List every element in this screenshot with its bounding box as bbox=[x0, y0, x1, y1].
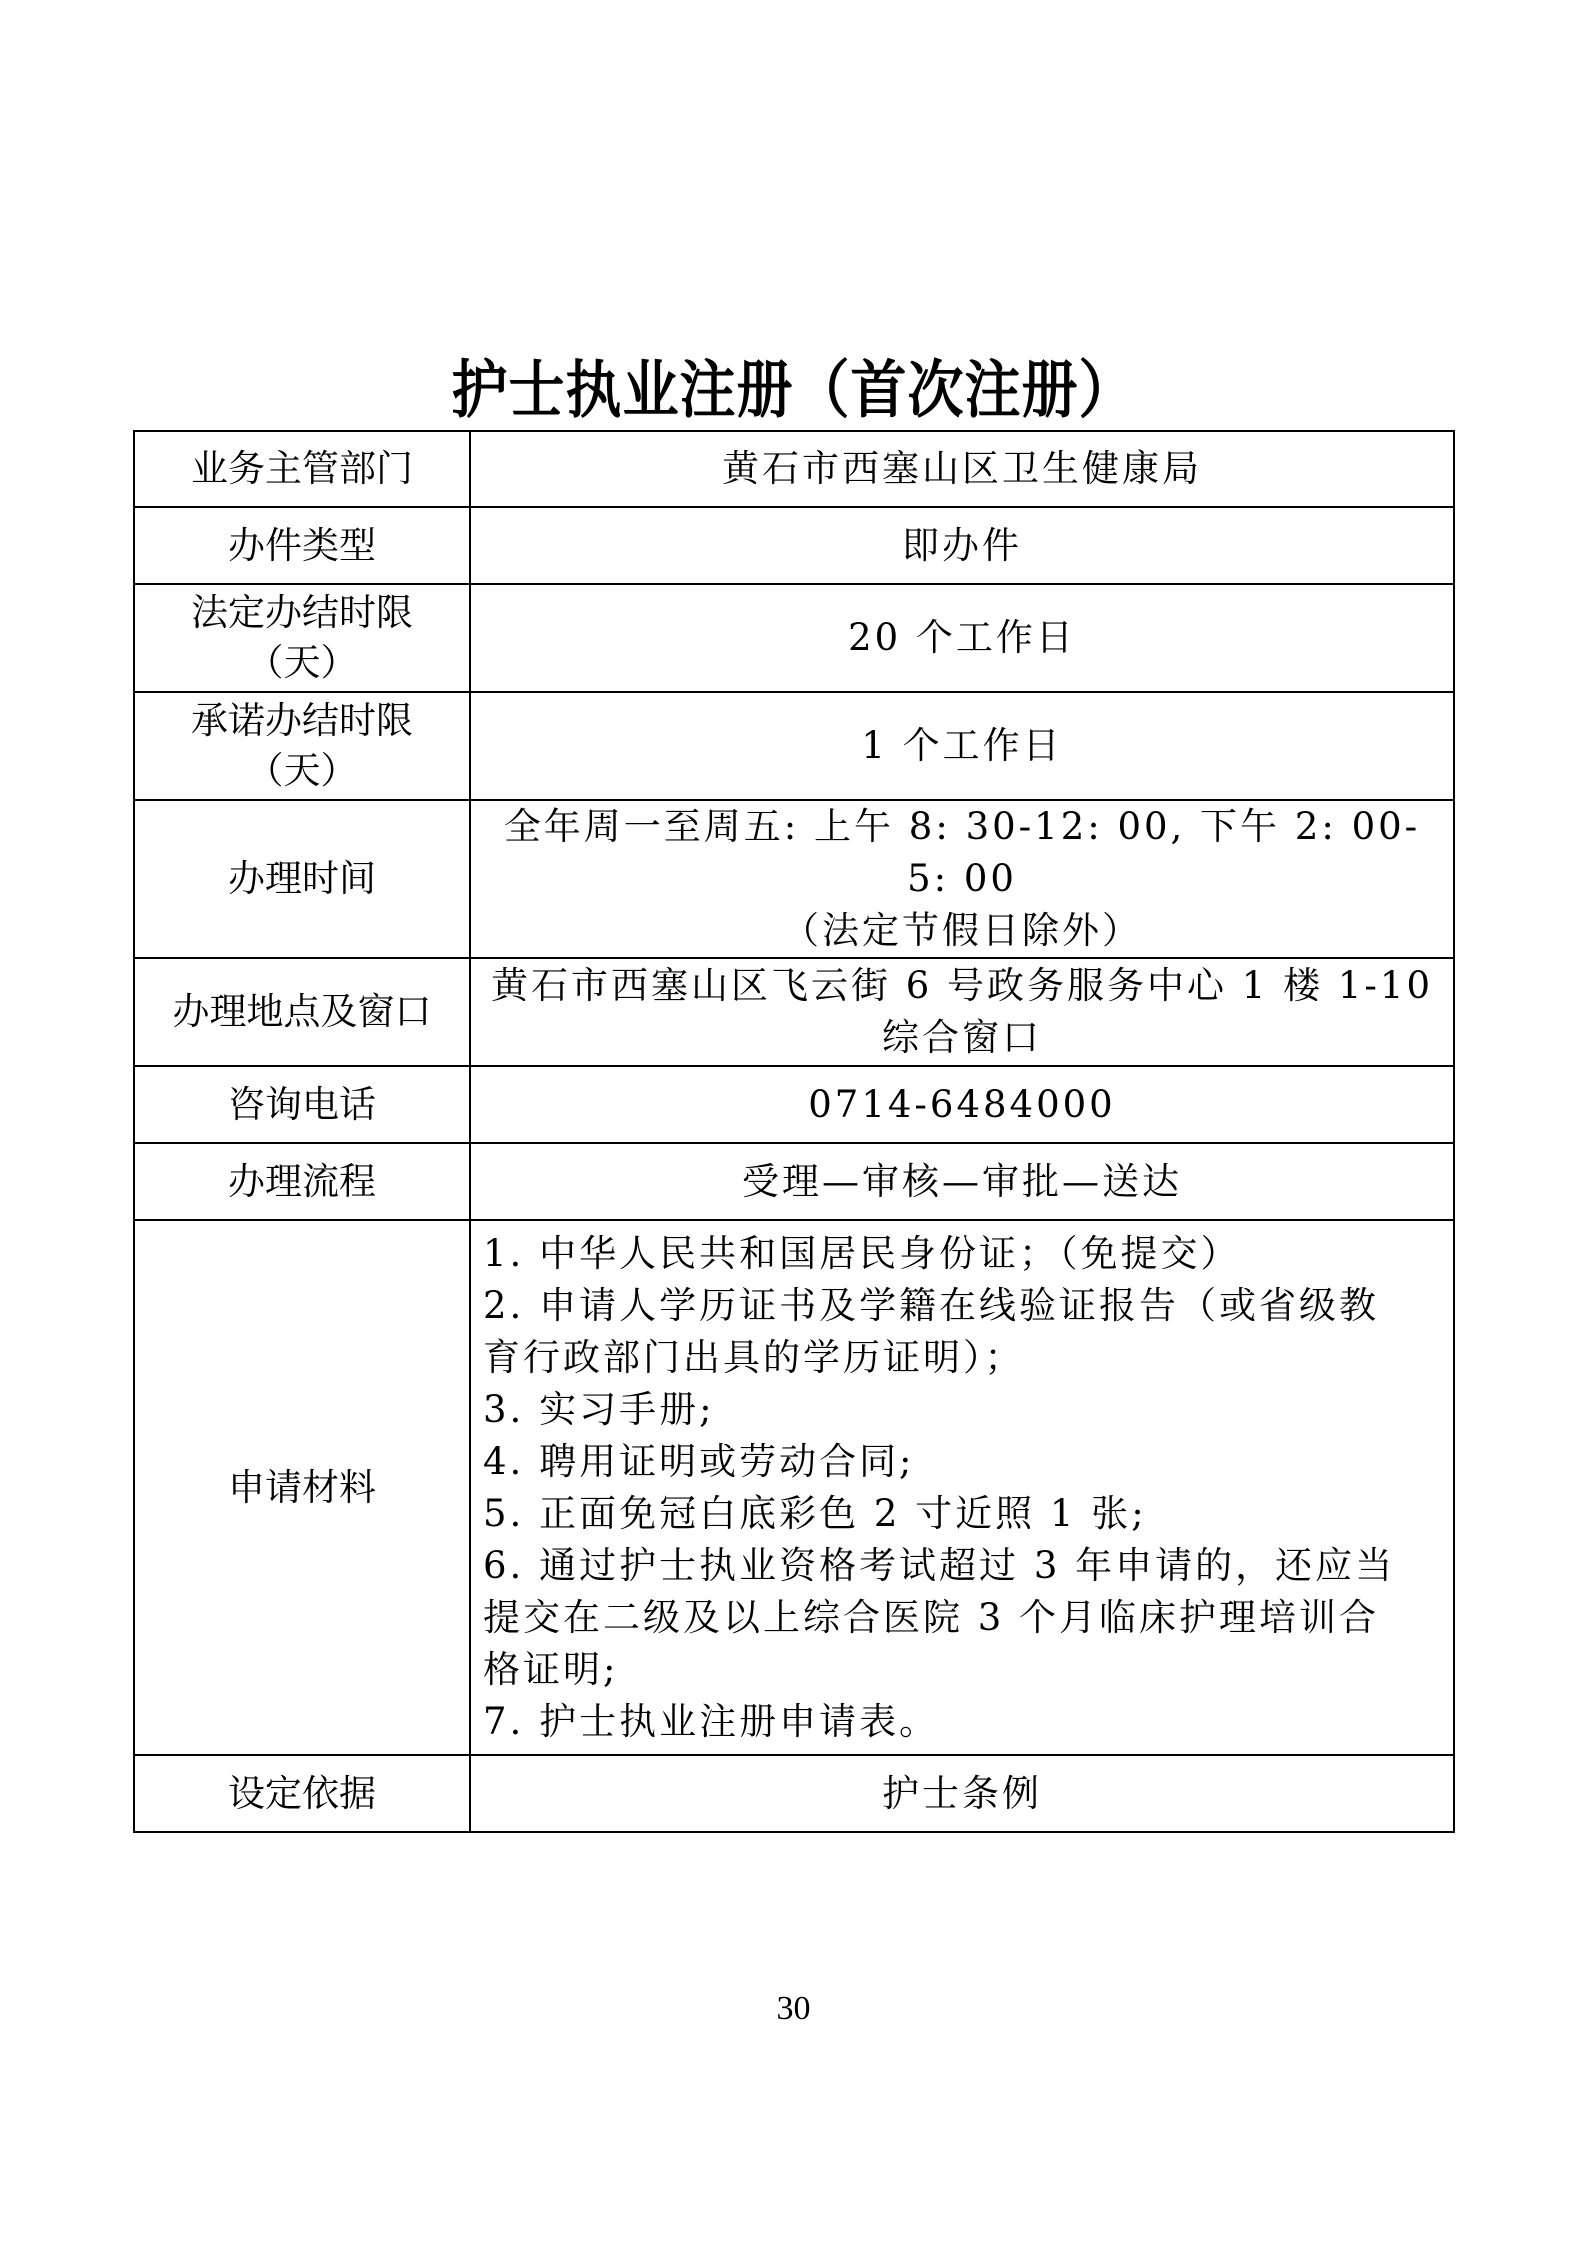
row-value: 1 个工作日 bbox=[470, 692, 1454, 800]
row-value-line: 1. 中华人民共和国居民身份证；（免提交） bbox=[483, 1228, 1441, 1280]
row-label-line: 法定办结时限 bbox=[135, 588, 469, 638]
row-label: 咨询电话 bbox=[134, 1066, 470, 1143]
table-row-legal-basis: 设定依据护士条例 bbox=[134, 1755, 1454, 1832]
row-value-line: （法定节假日除外） bbox=[483, 905, 1441, 957]
row-label-line: 设定依据 bbox=[135, 1769, 469, 1819]
row-label-line: 咨询电话 bbox=[135, 1080, 469, 1130]
row-value-line: 4. 聘用证明或劳动合同; bbox=[483, 1436, 1441, 1488]
row-value-line: 护士条例 bbox=[483, 1768, 1441, 1820]
row-value: 全年周一至周五: 上午 8: 30-12: 00, 下午 2: 00-5: 00… bbox=[470, 800, 1454, 958]
row-value: 1. 中华人民共和国居民身份证；（免提交）2. 申请人学历证书及学籍在线验证报告… bbox=[470, 1220, 1454, 1755]
row-value-line: 黄石市西塞山区飞云街 6 号政务服务中心 1 楼 1-10 bbox=[483, 960, 1441, 1012]
row-label-line: （天） bbox=[135, 746, 469, 796]
table-row-promised-time-limit: 承诺办结时限（天）1 个工作日 bbox=[134, 692, 1454, 800]
row-label-line: 办理时间 bbox=[135, 854, 469, 904]
row-value: 黄石市西塞山区飞云街 6 号政务服务中心 1 楼 1-10综合窗口 bbox=[470, 958, 1454, 1066]
row-value: 受理—审核—审批—送达 bbox=[470, 1143, 1454, 1220]
row-value-line: 5. 正面免冠白底彩色 2 寸近照 1 张; bbox=[483, 1488, 1441, 1540]
row-value: 即办件 bbox=[470, 507, 1454, 584]
row-label: 办理时间 bbox=[134, 800, 470, 958]
row-label: 业务主管部门 bbox=[134, 431, 470, 507]
table-row-phone: 咨询电话0714-6484000 bbox=[134, 1066, 1454, 1143]
table-row-location-window: 办理地点及窗口黄石市西塞山区飞云街 6 号政务服务中心 1 楼 1-10综合窗口 bbox=[134, 958, 1454, 1066]
row-label: 申请材料 bbox=[134, 1220, 470, 1755]
row-label-line: 办件类型 bbox=[135, 521, 469, 571]
row-value-line: 7. 护士执业注册申请表。 bbox=[483, 1696, 1441, 1748]
table-row-materials: 申请材料1. 中华人民共和国居民身份证；（免提交）2. 申请人学历证书及学籍在线… bbox=[134, 1220, 1454, 1755]
page-number: 30 bbox=[0, 1990, 1587, 2028]
table-row-department: 业务主管部门黄石市西塞山区卫生健康局 bbox=[134, 431, 1454, 507]
table-row-legal-time-limit: 法定办结时限（天）20 个工作日 bbox=[134, 584, 1454, 692]
row-label: 办理地点及窗口 bbox=[134, 958, 470, 1066]
row-label-line: 业务主管部门 bbox=[135, 444, 469, 494]
row-value: 0714-6484000 bbox=[470, 1066, 1454, 1143]
row-label: 办理流程 bbox=[134, 1143, 470, 1220]
table-row-handling-type: 办件类型即办件 bbox=[134, 507, 1454, 584]
row-value-line: 即办件 bbox=[483, 520, 1441, 572]
row-label: 设定依据 bbox=[134, 1755, 470, 1832]
row-value-line: 黄石市西塞山区卫生健康局 bbox=[483, 443, 1441, 495]
row-value-line: 全年周一至周五: 上午 8: 30-12: 00, 下午 2: 00-5: 00 bbox=[483, 801, 1441, 905]
row-value-line: 20 个工作日 bbox=[483, 612, 1441, 664]
row-value-line: 2. 申请人学历证书及学籍在线验证报告（或省级教 bbox=[483, 1280, 1441, 1332]
table-row-process: 办理流程受理—审核—审批—送达 bbox=[134, 1143, 1454, 1220]
row-value-line: 提交在二级及以上综合医院 3 个月临床护理培训合 bbox=[483, 1592, 1441, 1644]
table-row-office-hours: 办理时间全年周一至周五: 上午 8: 30-12: 00, 下午 2: 00-5… bbox=[134, 800, 1454, 958]
row-value-line: 综合窗口 bbox=[483, 1012, 1441, 1064]
row-value: 护士条例 bbox=[470, 1755, 1454, 1832]
row-label: 办件类型 bbox=[134, 507, 470, 584]
row-value-line: 1 个工作日 bbox=[483, 720, 1441, 772]
row-label-line: 办理流程 bbox=[135, 1157, 469, 1207]
row-value: 20 个工作日 bbox=[470, 584, 1454, 692]
row-value-line: 格证明; bbox=[483, 1644, 1441, 1696]
row-value-line: 受理—审核—审批—送达 bbox=[483, 1156, 1441, 1208]
row-value-line: 0714-6484000 bbox=[483, 1079, 1441, 1131]
row-value-line: 育行政部门出具的学历证明）； bbox=[483, 1332, 1441, 1384]
row-label-line: 申请材料 bbox=[135, 1463, 469, 1513]
row-label: 法定办结时限（天） bbox=[134, 584, 470, 692]
row-label-line: （天） bbox=[135, 638, 469, 688]
row-value-line: 6. 通过护士执业资格考试超过 3 年申请的，还应当 bbox=[483, 1540, 1441, 1592]
row-label-line: 办理地点及窗口 bbox=[135, 987, 469, 1037]
service-info-table: 业务主管部门黄石市西塞山区卫生健康局办件类型即办件法定办结时限（天）20 个工作… bbox=[133, 430, 1455, 1833]
row-label: 承诺办结时限（天） bbox=[134, 692, 470, 800]
row-label-line: 承诺办结时限 bbox=[135, 696, 469, 746]
row-value-line: 3. 实习手册; bbox=[483, 1384, 1441, 1436]
page-title: 护士执业注册（首次注册） bbox=[0, 351, 1587, 429]
row-value: 黄石市西塞山区卫生健康局 bbox=[470, 431, 1454, 507]
